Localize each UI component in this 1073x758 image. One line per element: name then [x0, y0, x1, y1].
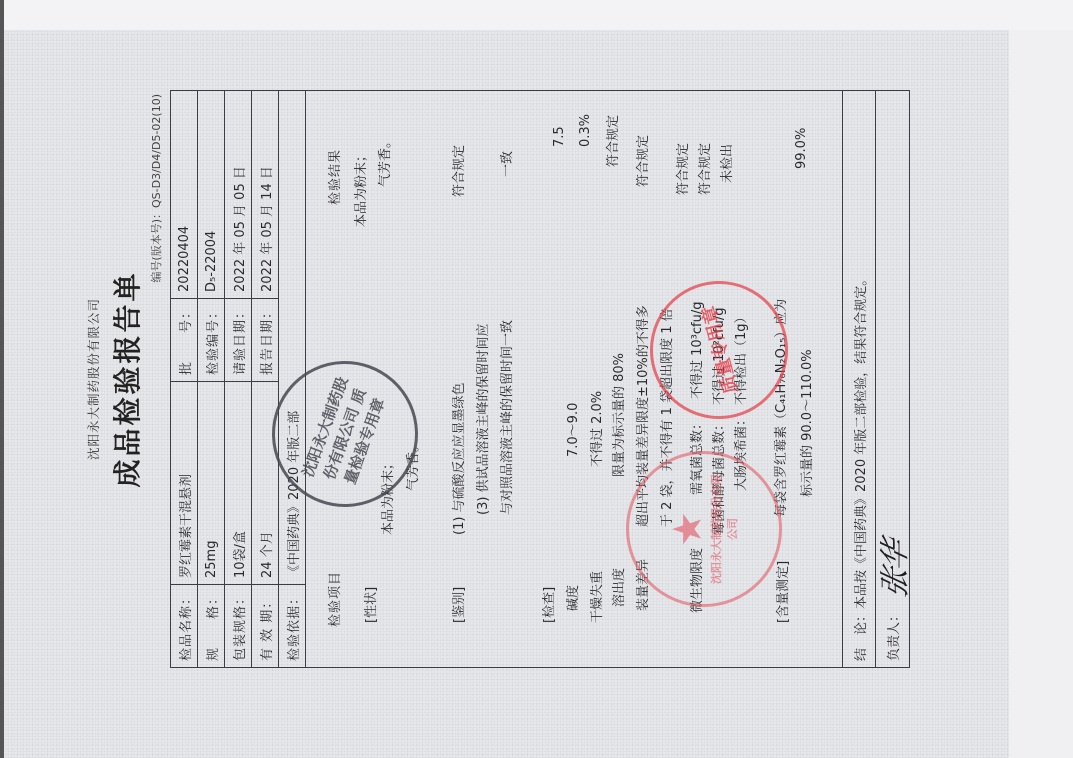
report-date-label: 报告日期：: [252, 298, 279, 381]
mold-yeast-result: 符合规定: [694, 143, 713, 195]
document-title: 成品检验报告单: [106, 90, 146, 668]
column-header-item: 检验项目: [324, 571, 343, 627]
dissolution-result: 符合规定: [602, 115, 621, 167]
conclusion-text: 本品按《中国药典》2020 年版二部检验，结果符合规定。: [850, 273, 869, 609]
red-company-seal: ★ 沈阳永大制药股份有限公司: [626, 451, 782, 607]
packaging-label: 包装规格：: [225, 584, 252, 667]
batch-number: 20220404: [171, 91, 198, 299]
responsible-signature: 张华: [870, 536, 914, 601]
red-seal-text: 沈阳永大制药股份有限公司: [708, 469, 740, 589]
identification-item-3-result: 一致: [496, 151, 515, 177]
request-date-label: 请验日期：: [225, 298, 252, 381]
dissolution-name: 溶出度: [608, 568, 627, 607]
report-date: 2022 年 05 月 14 日: [252, 91, 279, 299]
conclusion-label: 结 论：: [850, 609, 869, 661]
loss-on-drying-result: 0.3%: [578, 114, 593, 147]
alkalinity-standard: 7.0～9.0: [562, 403, 581, 457]
inspection-report-page: 沈阳永大制药股份有限公司 成品检验报告单 编号(版本号)：QS-D3/D4/D5…: [170, 90, 945, 668]
inspection-body: 检验项目 检验结果 [性状] 本品为粉末； 气芳香。 本品为粉末； 气芳香。 […: [302, 90, 842, 668]
header-row: 有 效 期： 24 个月 报告日期： 2022 年 05 月 14 日: [252, 91, 279, 668]
alkalinity-name: 碱度: [562, 585, 581, 611]
alkalinity-result: 7.5: [552, 126, 567, 147]
header-row: 规 格： 25mg 检验编号： D₅-22004: [198, 91, 225, 668]
spec-value: 25mg: [198, 381, 225, 584]
identification-item-1-result: 符合规定: [448, 145, 467, 197]
appearance-result-2: 气芳香。: [374, 135, 393, 187]
section-appearance-label: [性状]: [360, 587, 379, 623]
assay-result: 99.0%: [794, 128, 809, 169]
red-quality-stamp-text: 质量专用章: [695, 303, 743, 397]
column-header-result: 检验结果: [324, 149, 343, 205]
inspection-no-label: 检验编号：: [198, 298, 225, 381]
section-identification-label: [鉴别]: [448, 587, 467, 623]
spec-label: 规 格：: [198, 584, 225, 667]
product-name-label: 检品名称：: [171, 584, 198, 667]
aerobic-count-result: 符合规定: [672, 143, 691, 195]
responsible-label: 负责人：: [883, 609, 902, 661]
loss-on-drying-standard: 不得过 2.0%: [586, 391, 605, 467]
gray-stamp-text: 沈阳永大制药股份有限公司 质量检验专用章: [297, 372, 394, 497]
identification-item-3-line-1: (3) 供试品溶液主峰的保留时间应: [472, 323, 491, 515]
section-tests-label: [检查]: [538, 587, 557, 623]
ecoli-result: 未检出: [716, 144, 735, 183]
inspection-no: D₅-22004: [198, 91, 225, 299]
assay-standard-2: 标示量的 90.0～110.0%: [796, 349, 815, 497]
section-assay-label: [含量测定]: [772, 561, 791, 623]
scan-margin-top: [4, 0, 1073, 30]
company-name: 沈阳永大制药股份有限公司: [84, 90, 102, 668]
identification-item-3-line-2: 与对照品溶液主峰的保留时间一致: [496, 320, 515, 515]
product-name: 罗红霉素干混悬剂: [171, 381, 198, 584]
loss-on-drying-name: 干燥失重: [586, 571, 605, 623]
scan-margin-right: [1009, 30, 1073, 758]
validity-label: 有 效 期：: [252, 584, 279, 667]
header-row: 检品名称： 罗红霉素干混悬剂 批 号： 20220404: [171, 91, 198, 668]
identification-item-1: (1) 与硫酸反应应显墨绿色: [448, 382, 467, 535]
request-date: 2022 年 05 月 05 日: [225, 91, 252, 299]
appearance-result-1: 本品为粉末；: [350, 149, 369, 227]
report-footer: 结 论： 本品按《中国药典》2020 年版二部检验，结果符合规定。 负责人： 张…: [842, 90, 910, 668]
document-code: 编号(版本号)：QS-D3/D4/D5-02(10): [148, 94, 164, 283]
dissolution-standard: 限量为标示量的 80%: [608, 353, 627, 477]
star-icon: ★: [668, 469, 708, 589]
packaging-value: 10袋/盒: [225, 381, 252, 584]
header-row: 包装规格： 10袋/盒 请验日期： 2022 年 05 月 05 日: [225, 91, 252, 668]
responsible-row: 负责人： 张华: [876, 90, 910, 668]
fill-variation-result: 符合规定: [632, 135, 651, 187]
header-table: 检品名称： 罗红霉素干混悬剂 批 号： 20220404 规 格： 25mg 检…: [170, 90, 306, 668]
batch-label: 批 号：: [171, 298, 198, 381]
